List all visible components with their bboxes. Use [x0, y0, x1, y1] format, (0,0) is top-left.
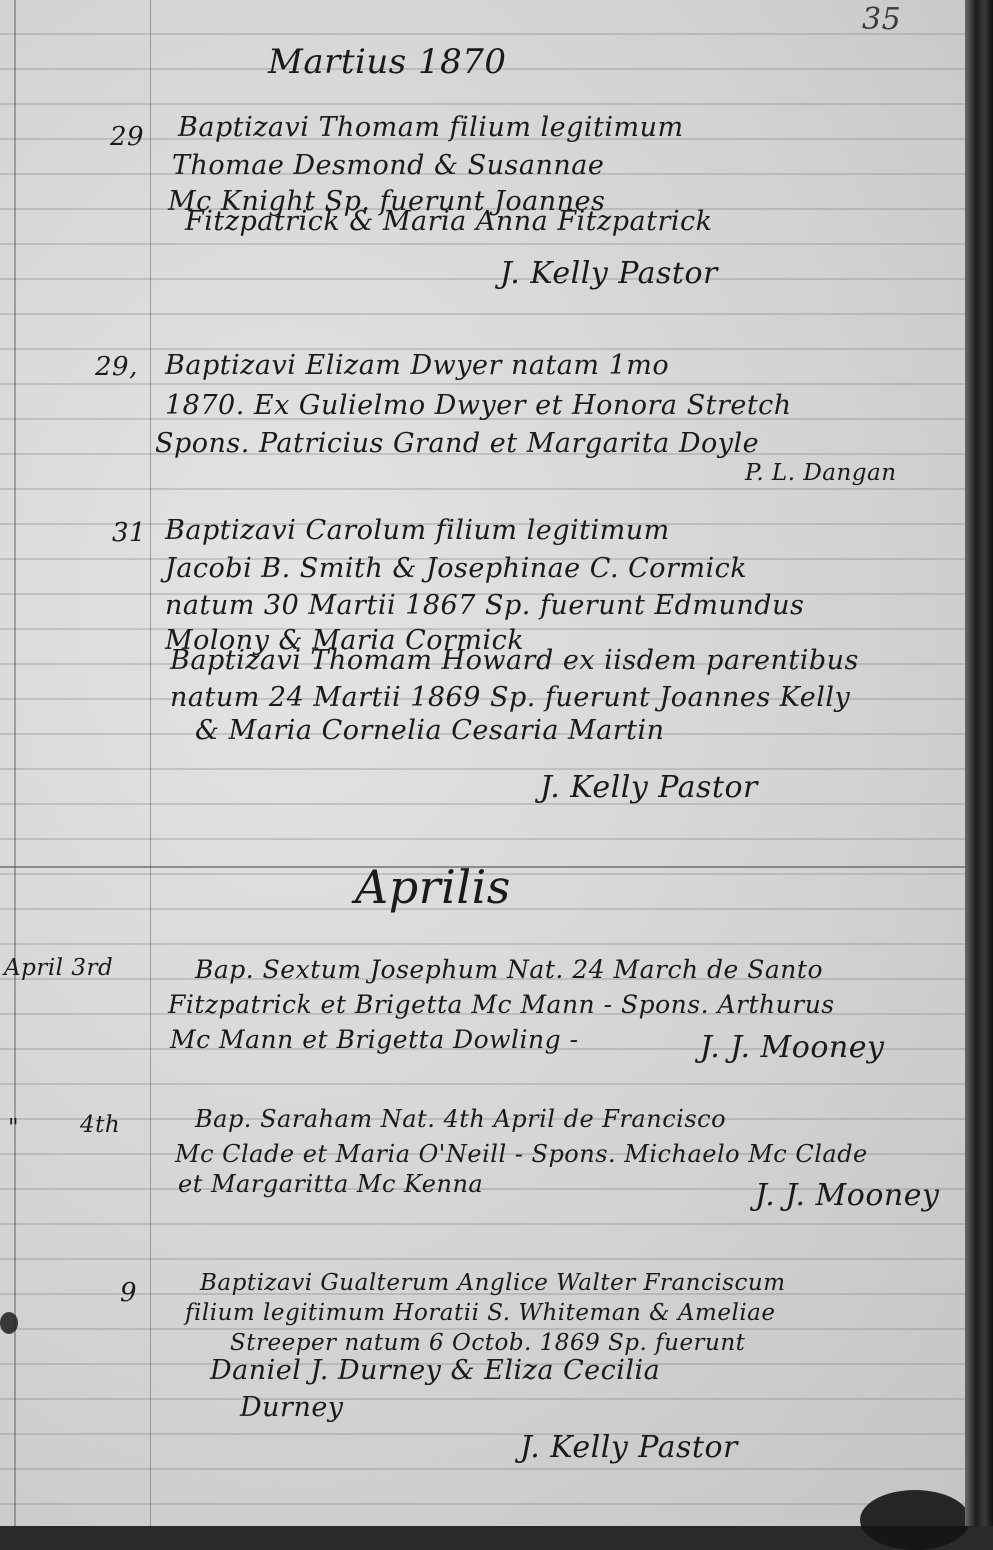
entry-line: Bap. Sextum Josephum Nat. 24 March de Sa… — [195, 955, 823, 984]
entry-line: Baptizavi Carolum filium legitimum — [165, 515, 670, 546]
entry-line: Mc Mann et Brigetta Dowling - — [170, 1025, 579, 1054]
entry-line: et Margaritta Mc Kenna — [178, 1170, 483, 1198]
entry-day: 9 — [120, 1278, 137, 1308]
entry-line: Mc Clade et Maria O'Neill - Spons. Micha… — [175, 1140, 868, 1168]
signature: J. J. Mooney — [755, 1178, 939, 1213]
entry-line: Baptizavi Thomam Howard ex iisdem parent… — [170, 645, 859, 676]
ditto-mark: " — [8, 1115, 19, 1141]
date-column-rule — [150, 0, 151, 1526]
signature: J. Kelly Pastor — [540, 770, 758, 805]
entry-line: Daniel J. Durney & Eliza Cecilia — [210, 1355, 660, 1386]
entry-line: Fitzpatrick et Brigetta Mc Mann - Spons.… — [168, 990, 835, 1019]
entry-line: Baptizavi Thomam filium legitimum — [178, 112, 684, 143]
page-number: 35 — [862, 2, 901, 37]
entry-line: Durney — [240, 1392, 344, 1423]
signature: J. J. Mooney — [700, 1030, 884, 1065]
entry-line: 1870. Ex Gulielmo Dwyer et Honora Stretc… — [165, 390, 792, 421]
entry-line: Fitzpatrick & Maria Anna Fitzpatrick — [185, 206, 713, 237]
entry-line: natum 24 Martii 1869 Sp. fuerunt Joannes… — [170, 682, 850, 713]
entry-day: 29 — [110, 122, 144, 152]
entry-day: 4th — [80, 1112, 120, 1138]
entry-line: Thomae Desmond & Susannae — [172, 150, 604, 181]
entry-day: April 3rd — [4, 955, 113, 981]
register-page: 35 Martius 1870 29 Baptizavi Thomam fili… — [0, 0, 965, 1526]
book-binding-edge — [965, 0, 993, 1526]
entry-line: filium legitimum Horatii S. Whiteman & A… — [185, 1300, 776, 1326]
shadow-corner — [860, 1490, 970, 1526]
month-heading-aprilis: Aprilis — [355, 860, 511, 914]
entry-line: Baptizavi Elizam Dwyer natam 1mo — [165, 350, 669, 381]
entry-line: Jacobi B. Smith & Josephinae C. Cormick — [165, 553, 747, 584]
entry-line: & Maria Cornelia Cesaria Martin — [195, 715, 665, 746]
entry-line: Bap. Saraham Nat. 4th April de Francisco — [195, 1105, 726, 1133]
signature: J. Kelly Pastor — [500, 256, 718, 291]
entry-line: natum 30 Martii 1867 Sp. fuerunt Edmundu… — [165, 590, 804, 621]
entry-day: 31 — [112, 518, 146, 548]
left-edge-rule — [14, 0, 16, 1526]
month-heading-martius: Martius 1870 — [268, 42, 507, 82]
ink-blot — [0, 1312, 18, 1334]
signature: J. Kelly Pastor — [520, 1430, 738, 1465]
entry-line: Baptizavi Gualterum Anglice Walter Franc… — [200, 1270, 786, 1296]
entry-line: Streeper natum 6 Octob. 1869 Sp. fuerunt — [230, 1330, 745, 1356]
signature: P. L. Dangan — [745, 460, 897, 486]
entry-day: 29, — [95, 352, 138, 382]
entry-line: Spons. Patricius Grand et Margarita Doyl… — [155, 428, 759, 459]
